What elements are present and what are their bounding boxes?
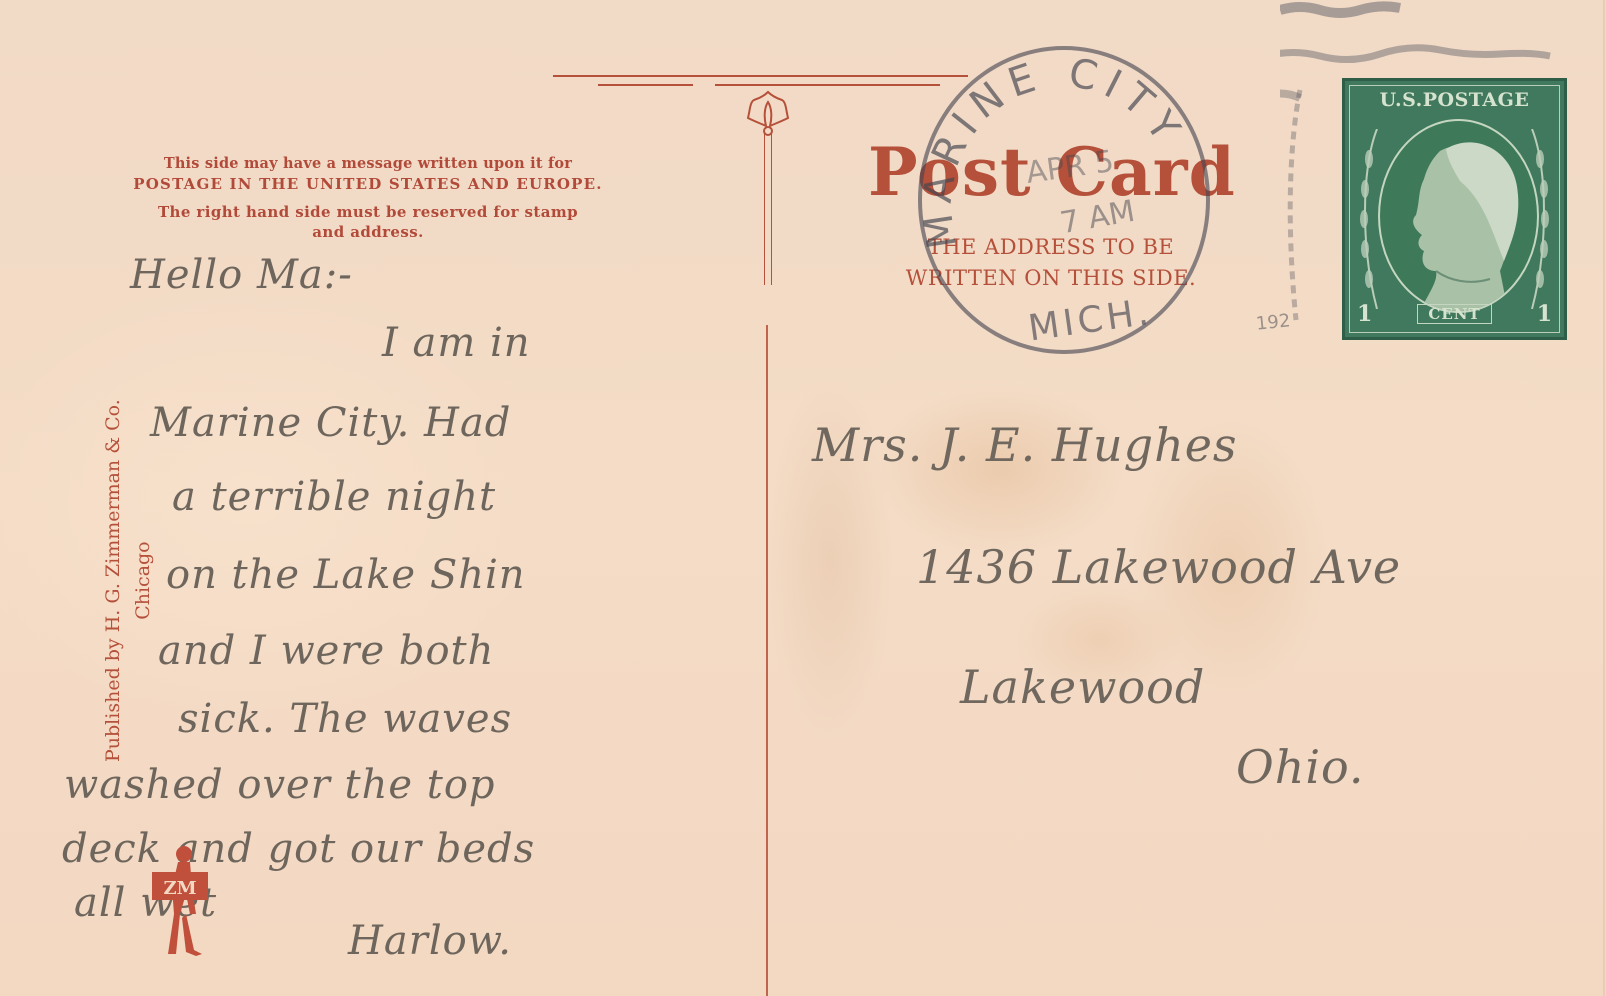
message-line: a terrible night (172, 474, 496, 520)
message-line: and I were both (158, 628, 494, 674)
stamp-denomination-right: 1 (1537, 301, 1552, 327)
message-line: washed over the top (64, 762, 496, 808)
address-line-name: Mrs. J. E. Hughes (812, 418, 1238, 472)
stamp-label: U.S.POSTAGE (1345, 89, 1564, 111)
top-rule-secondary-left (598, 84, 693, 86)
instruction-line-3: The right hand side must be reserved for… (88, 202, 648, 222)
publisher-name: Published by H. G. Zimmerman & Co. (102, 399, 124, 762)
stamp-denomination-left: 1 (1357, 301, 1372, 327)
postage-instructions: This side may have a message written upo… (88, 154, 648, 242)
message-line: sick. The waves (178, 696, 512, 742)
publisher-imprint: Published by H. G. Zimmerman & Co. Chica… (98, 399, 158, 762)
postcard-back: This side may have a message written upo… (0, 0, 1605, 996)
instruction-line-2: POSTAGE IN THE UNITED STATES AND EUROPE. (88, 174, 648, 194)
cancellation-year: 192 (1255, 310, 1291, 334)
stamp-denomination-word: CENT (1417, 304, 1491, 324)
address-line-city: Lakewood (960, 660, 1205, 714)
message-line: Marine City. Had (150, 400, 511, 446)
publisher-logo-text: ZM (163, 878, 196, 899)
message-line: Hello Ma:- (130, 252, 353, 298)
center-divider (766, 325, 768, 996)
message-line: I am in (382, 320, 531, 366)
instruction-line-4: and address. (88, 222, 648, 242)
message-line: on the Lake Shin (166, 552, 526, 598)
instruction-line-1: This side may have a message written upo… (88, 154, 648, 174)
publisher-logo-icon: ZM (150, 844, 210, 960)
address-line-state: Ohio. (1236, 740, 1365, 794)
message-signature: Harlow. (348, 918, 512, 964)
stamp-portrait-oval (1378, 119, 1539, 313)
message-line: deck and got our beds (62, 826, 535, 872)
postage-stamp: U.S.POSTAGE 1 CE (1342, 78, 1567, 340)
publisher-city: Chicago (128, 399, 158, 762)
top-rule (553, 75, 968, 77)
lily-ornament-icon (742, 88, 794, 138)
address-line-street: 1436 Lakewood Ave (916, 540, 1401, 594)
washington-portrait-icon (1380, 121, 1537, 311)
top-rule-secondary-right (715, 84, 940, 86)
center-divider-double (764, 133, 772, 285)
stamp-denomination: 1 CENT 1 (1357, 301, 1552, 327)
